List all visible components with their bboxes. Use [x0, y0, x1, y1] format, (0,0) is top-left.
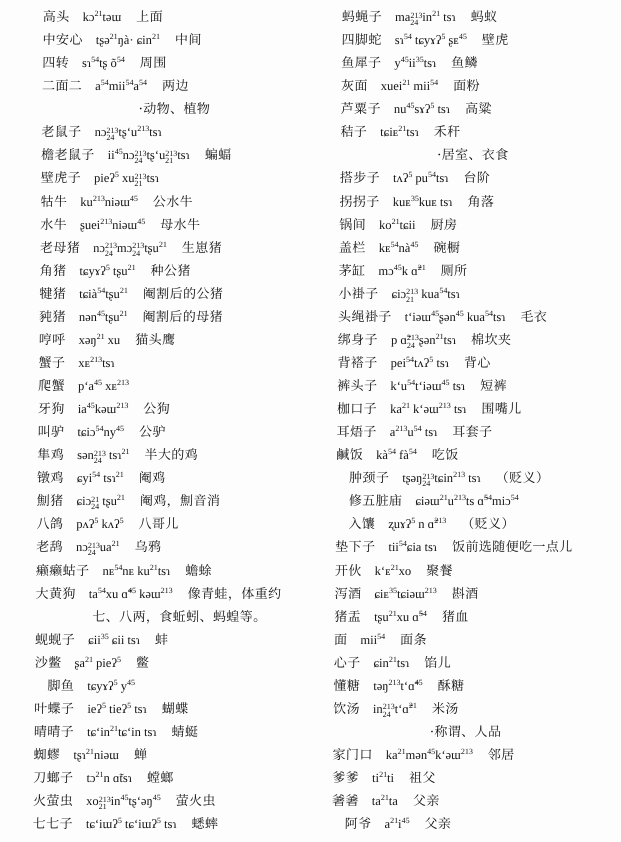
phonetic: ʂa21 pieʔ5: [74, 656, 121, 670]
phonetic: ieʔ5 tieʔ5 tsɿ: [87, 702, 147, 716]
headword: 入馕: [348, 517, 375, 532]
headword: 懂糖: [333, 678, 360, 693]
entry-row: 蚬蚬子ɕii35 ɕii tsɿ蚌: [35, 629, 325, 652]
entry-row: 开伙kʻᴇ21xo聚餐: [335, 559, 621, 582]
entry-row: 犍猪tɕià54tʂu21阉割后的公猪: [39, 283, 329, 306]
headword: 叶蝶子: [34, 702, 74, 717]
phonetic: kʻu54tʻiəɯ45 tsɿ: [390, 379, 465, 393]
entry-row: 鱼犀子y45ii35tsɿ鱼鳞: [341, 52, 621, 75]
phonetic: ta54xu ɑ̃45 kəɯ213: [89, 587, 173, 601]
headword: 家门口: [332, 748, 372, 763]
gloss: 邻居: [488, 748, 515, 763]
entry-row: 耳焐子a213u54 tsɿ耳套子: [336, 421, 621, 444]
headword: 泻酒: [335, 586, 362, 601]
headword: 鱼犀子: [341, 56, 381, 71]
phonetic: tɕʻin21tɕʻin tsɿ: [87, 725, 157, 739]
right-column: 蚂蝇子ma21324in21 tsɿ蚂蚁 四脚蛇sɿ54 tɕyɤʔ5 ʂᴇ45…: [332, 6, 621, 836]
headword: 水牛: [40, 218, 67, 233]
gloss: 父亲: [413, 794, 440, 809]
entry-row: 修五脏庙ɕiəɯ21u213ts ɑ̃54miɔ54: [336, 490, 621, 513]
phonetic: tɕiᴇ21tsɿ: [380, 125, 419, 139]
headword: 盖栏: [339, 240, 366, 255]
entry-row: 枷口子ka21 kʻəɯ213 tsɿ围嘴儿: [337, 398, 621, 421]
gloss: 公驴: [139, 425, 166, 440]
gloss: 祖父: [409, 771, 436, 786]
headword: 面: [334, 632, 348, 647]
phonetic: p ɑ̃21324ʂən21tsɿ: [391, 332, 456, 346]
headword: 癞癞蛄子: [36, 564, 90, 579]
phonetic: ii45nɔ21324tʂʻu21321tsɿ: [108, 148, 190, 162]
phonetic: tʂəŋ21324tɕin213 tsɿ: [402, 471, 481, 485]
entry-row: 肿颈子tʂəŋ21324tɕin213 tsɿ（贬义）: [336, 467, 621, 490]
headword: 二面二: [42, 79, 82, 94]
headword: 蚂蝇子: [342, 10, 382, 25]
gloss: 父亲: [424, 817, 451, 832]
entry-row: 饮汤in21324tʻɑ̃21米汤: [333, 697, 621, 720]
headword: 火萤虫: [33, 794, 73, 809]
gloss: 母水牛: [160, 218, 200, 233]
phonetic: ka21mən45kʻəɯ213: [386, 748, 473, 762]
gloss: 螳螂: [147, 771, 174, 786]
phonetic: a54mii54a54: [95, 79, 147, 93]
gloss: 厨房: [430, 217, 457, 232]
headword: 头绳褂子: [338, 309, 392, 324]
gloss: 阉鸡，劁音消: [140, 494, 221, 509]
entry-row: 心子ɕin21tsɿ馅儿: [334, 651, 621, 674]
entry-row: 爹爹ti21ti祖父: [332, 767, 621, 790]
headword: 枷口子: [337, 402, 377, 417]
headword: 刀螂子: [33, 771, 73, 786]
headword: 猪盂: [334, 609, 361, 624]
entry-row: 家门口ka21mən45kʻəɯ213邻居: [332, 744, 621, 767]
phonetic: kà54 fà54: [376, 448, 417, 462]
phonetic: tɔ21n ɑ̃tsɿ: [86, 771, 132, 785]
entry-row: 牯牛ku213niəɯ45公水牛: [40, 191, 330, 214]
gloss: 两边: [162, 79, 189, 94]
headword: 牯牛: [40, 195, 67, 210]
entry-row: 水牛ʂuei213niəɯ45母水牛: [40, 214, 330, 237]
entry-row: 大黄狗ta54xu ɑ̃45 kəɯ213像青蛙，体重约: [35, 583, 325, 606]
gloss: 像青蛙，体重约: [188, 587, 282, 602]
gloss: 毛衣: [520, 309, 547, 324]
phonetic: tii54ɕia tsɿ: [388, 540, 437, 554]
phonetic: pʌʔ5 kʌʔ5: [76, 517, 123, 531]
entry-row: 隼鸡sən21324 tsɿ21半大的鸡: [37, 444, 327, 467]
headword: 镦鸡: [37, 471, 64, 486]
gloss: 鱼鳞: [451, 56, 478, 71]
gloss: 吃饭: [432, 448, 459, 463]
gloss: 斟酒: [452, 586, 479, 601]
headword: 老鼠子: [41, 125, 81, 140]
headword: 爬蟹: [38, 379, 65, 394]
phonetic: mɔ45k ɑ̃21: [378, 263, 425, 277]
section-heading: ·动物、植物: [42, 98, 332, 121]
phonetic: sən21324 tsɿ21: [77, 448, 129, 462]
gloss: 上面: [136, 10, 163, 25]
entry-row: 小褂子ɕiɔ21321 kua54tsɿ: [338, 282, 621, 305]
headword: 耳焐子: [337, 425, 377, 440]
entry-row: 蜘蟉tʂɿ21niəɯ蝉: [33, 744, 323, 767]
entry-row: 刀螂子tɔ21n ɑ̃tsɿ螳螂: [33, 767, 323, 790]
headword: 饮汤: [333, 701, 360, 716]
headword: 四转: [42, 56, 69, 71]
headword: 蚬蚬子: [35, 633, 75, 648]
entry-row: 猪盂tʂu21xu ɑ̃54猪血: [334, 605, 621, 628]
headword: 晴晴子: [34, 725, 74, 740]
entry-row: 牙狗ia45kəɯ213公狗: [38, 398, 328, 421]
gloss: 耳套子: [452, 425, 492, 440]
entry-row: 中安心tʂə21ŋà· ɕin21中间: [42, 29, 332, 52]
entry-row: 蚂蝇子ma21324in21 tsɿ蚂蚁: [342, 6, 621, 29]
phonetic: xo21321in45tʂʻəŋ45: [86, 794, 161, 808]
gloss: 阉鸡: [139, 471, 166, 486]
entry-row: 八鸽pʌʔ5 kʌʔ5八哥儿: [36, 513, 326, 536]
phonetic: nᴇ54nᴇ ku21tsɿ: [102, 564, 170, 578]
phonetic: xᴇ213tsɿ: [78, 356, 114, 370]
phonetic: nɔ21324tʂʻu213tsɿ: [95, 125, 162, 139]
headword: 开伙: [335, 563, 362, 578]
gloss: 蜻蜓: [171, 725, 198, 740]
entry-row: 懂糖təŋ213tʻɑ̃45酥糖: [333, 674, 621, 697]
headword: 茅缸: [339, 263, 366, 278]
entry-row: 鹹饭kà54 fà54吃饭: [336, 444, 621, 467]
entry-row: 茅缸mɔ45k ɑ̃21厕所: [339, 259, 621, 282]
gloss: 围嘴儿: [481, 402, 521, 417]
headword: 大黄狗: [36, 587, 76, 602]
phonetic: nɔ21324ua21: [76, 540, 120, 554]
gloss: 萤火虫: [176, 794, 216, 809]
phonetic: ɕiᴇ35tɕiəɯ213: [374, 586, 437, 600]
headword: 阿爷: [345, 817, 372, 832]
headword: 蟹子: [38, 356, 65, 371]
headword: 芦粟子: [341, 102, 381, 117]
headword: 心子: [334, 655, 361, 670]
phonetic: ʐuɤʔ5 n ɑ̃213: [388, 517, 446, 531]
left-column: 高头kɔ21təɯ上面 中安心tʂə21ŋà· ɕin21中间 四转sɿ54tʂ…: [33, 6, 333, 836]
gloss: 八哥儿: [138, 517, 178, 532]
gloss: 角落: [467, 194, 494, 209]
phonetic: nɔ21324mɔ21324tʂu21: [93, 241, 167, 255]
gloss: 公水牛: [153, 195, 193, 210]
phonetic: ka21 kʻəɯ213 tsɿ: [390, 402, 466, 416]
gloss: 馅儿: [424, 655, 451, 670]
entry-row: 拐拐子kuᴇ35kuᴇ tsɿ角落: [339, 190, 621, 213]
phonetic: ma21324in21 tsɿ: [395, 10, 456, 24]
headword: 檐老鼠子: [41, 148, 95, 163]
gloss: 蝙蝠: [205, 148, 232, 163]
entry-row: 灰面xuei21 mii54面粉: [341, 75, 621, 98]
phonetic: y45ii35tsɿ: [394, 56, 436, 70]
headword: 拐拐子: [339, 194, 379, 209]
entry-row: 面mii54面条: [334, 628, 621, 651]
gloss: 厕所: [441, 263, 468, 278]
entry-row: 沙鳖ʂa21 pieʔ5鳖: [35, 652, 325, 675]
gloss: 阉割后的母猪: [142, 310, 223, 325]
gloss: 短裤: [480, 379, 507, 394]
headword: 秸子: [340, 125, 367, 140]
headword: 哼呼: [39, 333, 66, 348]
section-heading: ·居室、衣食: [340, 144, 621, 167]
entry-row: 哼呼xəŋ21 xu猫头鹰: [39, 329, 329, 352]
headword: 背褡子: [337, 355, 377, 370]
gloss: 阉割后的公猪: [143, 287, 224, 302]
gloss: 面条: [400, 632, 427, 647]
gloss: 饭前选随便吃一点儿: [452, 540, 573, 555]
entry-row: 头绳褂子tʻiəɯ45ʂən45 kua54tsɿ毛衣: [338, 305, 621, 328]
phonetic: xəŋ21 xu: [79, 333, 121, 347]
gloss: 中间: [175, 33, 202, 48]
headword: 鹹饭: [336, 448, 363, 463]
headword: 绑身子: [338, 332, 378, 347]
entry-row: 泻酒ɕiᴇ35tɕiəɯ213斟酒: [334, 582, 621, 605]
headword: 壁虎子: [41, 171, 81, 186]
entry-row: 阿爷a21i45父亲: [332, 813, 621, 836]
entry-row: 癞癞蛄子nᴇ54nᴇ ku21tsɿ蟾蜍: [36, 560, 326, 583]
phonetic: pei54tʌʔ5 tsɿ: [391, 355, 449, 369]
gloss: 猫头鹰: [135, 333, 175, 348]
gloss-continuation: 七、八两，食蚯蚓、蚂蝗等。: [35, 606, 325, 629]
headword: 豘猪: [39, 310, 66, 325]
phonetic: tʂu21xu ɑ̃54: [374, 609, 427, 623]
gloss: 酥糖: [438, 678, 465, 693]
gloss: 生崽猪: [182, 241, 222, 256]
phonetic: tʌʔ5 pu54tsɿ: [393, 171, 449, 185]
headword: 修五脏庙: [349, 494, 403, 509]
entry-row: 镦鸡ɕyi54 tsɿ21阉鸡: [37, 467, 327, 490]
phonetic: xuei21 mii54: [381, 79, 439, 93]
entry-row: 高头kɔ21təɯ上面: [43, 6, 333, 29]
entry-row: 㸙㸙ta21ta父亲: [332, 790, 621, 813]
entry-row: 秸子tɕiᴇ21tsɿ禾秆: [340, 121, 621, 144]
headword: 劁猪: [37, 494, 64, 509]
gloss: 蚂蚁: [471, 10, 498, 25]
entry-row: 檐老鼠子ii45nɔ21324tʂʻu21321tsɿ蝙蝠: [41, 144, 331, 167]
gloss: 半大的鸡: [144, 448, 198, 463]
phonetic: a213u54 tsɿ: [390, 425, 438, 439]
gloss: 蚌: [155, 633, 169, 648]
entry-row: 晴晴子tɕʻin21tɕʻin tsɿ蜻蜓: [34, 721, 324, 744]
entry-row: 角猪tɕyɤʔ5 tʂu21种公猪: [40, 260, 330, 283]
entry-row: 锅间ko21tɕii厨房: [339, 213, 621, 236]
phonetic: tɕʻiɯʔ5 tɕʻiɯʔ5 tsɿ: [86, 817, 177, 831]
headword: 㸙㸙: [332, 794, 359, 809]
headword: 老鸹: [36, 540, 63, 555]
headword: 垫下子: [335, 540, 375, 555]
phonetic: ɕin21tsɿ: [373, 655, 409, 669]
entry-row: 老鼠子nɔ21324tʂʻu213tsɿ: [41, 121, 331, 144]
phonetic: sɿ54 tɕyɤʔ5 ʂᴇ45: [395, 33, 467, 47]
entry-row: 豘猪nən45tʂu21阉割后的母猪: [39, 306, 329, 329]
entry-row: 叶蝶子ieʔ5 tieʔ5 tsɿ蝴蝶: [34, 698, 324, 721]
gloss: 面粉: [453, 79, 480, 94]
headword: 爹爹: [332, 771, 359, 786]
headword: 蜘蟉: [33, 748, 60, 763]
phonetic: ko21tɕii: [379, 217, 416, 231]
gloss: 周围: [140, 56, 167, 71]
gloss: 棉坎夹: [471, 332, 511, 347]
headword: 叫驴: [38, 425, 65, 440]
entry-row: 壁虎子pieʔ5 xu21321tsɿ: [41, 167, 331, 190]
gloss: 乌鸦: [135, 540, 162, 555]
phonetic: sɿ54tʂ õ54: [82, 56, 125, 70]
entry-row: 搭步子tʌʔ5 pu54tsɿ台阶: [340, 167, 621, 190]
phonetic: ʂuei213niəɯ45: [80, 218, 145, 232]
phonetic: ku213niəɯ45: [80, 195, 138, 209]
phonetic: ɕiɔ21321 kua54tsɿ: [391, 286, 459, 300]
entry-row: 入馕ʐuɤʔ5 n ɑ̃213（贬义）: [335, 513, 621, 536]
entry-row: 劁猪ɕiɔ2124 tʂu21阉鸡，劁音消: [37, 490, 327, 513]
gloss: （贬义）: [461, 517, 515, 532]
phonetic: təŋ213tʻɑ̃45: [373, 678, 423, 692]
entry-row: 芦粟子nu45sɤʔ5 tsɿ高粱: [341, 98, 621, 121]
entry-row: 脚鱼tɕyɤʔ5 y45: [34, 675, 324, 698]
entry-row: 垫下子tii54ɕia tsɿ饭前选随便吃一点儿: [335, 536, 621, 559]
headword: 四脚蛇: [341, 33, 381, 48]
headword: 搭步子: [340, 171, 380, 186]
entry-row: 二面二a54mii54a54两边: [42, 75, 332, 98]
entry-row: 叫驴tɕiɔ54ny45公驴: [37, 421, 327, 444]
entry-row: 爬蟹pʻa45 xᴇ213: [38, 375, 328, 398]
headword: 犍猪: [39, 287, 66, 302]
gloss: 禾秆: [434, 125, 461, 140]
phonetic: mii54: [360, 632, 385, 646]
gloss: 猪血: [442, 609, 469, 624]
entry-row: 盖栏kᴇ54nà45碗橱: [339, 236, 621, 259]
gloss: 蟋蟀: [191, 817, 218, 832]
phonetic: in21324tʻɑ̃21: [373, 701, 417, 715]
phonetic: tʻiəɯ45ʂən45 kua54tsɿ: [405, 309, 506, 323]
phonetic: kuᴇ35kuᴇ tsɿ: [393, 194, 453, 208]
phonetic: kᴇ54nà45: [379, 240, 419, 254]
section-heading: ·称谓、人品: [333, 720, 621, 743]
gloss: 聚餐: [426, 563, 453, 578]
headword: 锅间: [339, 217, 366, 232]
headword: 小褂子: [338, 286, 378, 301]
entry-row: 老鸹nɔ21324ua21乌鸦: [36, 536, 326, 559]
entry-row: 裤头子kʻu54tʻiəɯ45 tsɿ短裤: [337, 375, 621, 398]
phonetic: tɕiɔ54ny45: [77, 425, 124, 439]
entry-row: 背褡子pei54tʌʔ5 tsɿ背心: [337, 351, 621, 374]
gloss: 公狗: [143, 402, 170, 417]
headword: 牙狗: [38, 402, 65, 417]
phonetic: ia45kəɯ213: [78, 402, 129, 416]
entry-row: 老母猪nɔ21324mɔ21324tʂu21生崽猪: [40, 237, 330, 260]
headword: 脚鱼: [47, 679, 74, 694]
phonetic: ɕyi54 tsɿ21: [77, 471, 124, 485]
gloss: 种公猪: [150, 264, 190, 279]
gloss: （贬义）: [496, 471, 550, 486]
headword: 裤头子: [337, 379, 377, 394]
phonetic: ɕii35 ɕii tsɿ: [88, 633, 140, 647]
phonetic: a21i45: [384, 817, 409, 831]
headword: 高头: [43, 10, 70, 25]
gloss: 蟾蜍: [185, 564, 212, 579]
phonetic: kɔ21təɯ: [83, 10, 122, 24]
phonetic: ti21ti: [372, 771, 394, 785]
phonetic: ta21ta: [372, 794, 398, 808]
entry-row: 四脚蛇sɿ54 tɕyɤʔ5 ʂᴇ45壁虎: [341, 29, 621, 52]
headword: 沙鳖: [35, 656, 62, 671]
headword: 肿颈子: [349, 471, 389, 486]
entry-row: 四转sɿ54tʂ õ54周围: [42, 52, 332, 75]
entry-row: 蟹子xᴇ213tsɿ: [38, 352, 328, 375]
phonetic: kʻᴇ21xo: [375, 563, 412, 577]
headword: 灰面: [341, 79, 368, 94]
dictionary-page: 高头kɔ21təɯ上面 中安心tʂə21ŋà· ɕin21中间 四转sɿ54tʂ…: [0, 0, 621, 842]
gloss: 壁虎: [482, 33, 509, 48]
gloss: 背心: [464, 355, 491, 370]
headword: 角猪: [40, 264, 67, 279]
headword: 隼鸡: [37, 448, 64, 463]
phonetic: pʻa45 xᴇ213: [78, 379, 129, 393]
gloss: 高粱: [465, 102, 492, 117]
headword: 八鸽: [36, 517, 63, 532]
gloss: 米汤: [432, 701, 459, 716]
phonetic: pieʔ5 xu21321tsɿ: [94, 171, 159, 185]
gloss: 蝴蝶: [162, 702, 189, 717]
headword: 七七子: [33, 817, 73, 832]
phonetic: tɕyɤʔ5 y45: [87, 679, 135, 693]
phonetic: nu45sɤʔ5 tsɿ: [394, 102, 450, 116]
phonetic: nən45tʂu21: [79, 310, 128, 324]
entry-row: 七七子tɕʻiɯʔ5 tɕʻiɯʔ5 tsɿ蟋蟀: [33, 813, 323, 836]
gloss: 台阶: [463, 171, 490, 186]
phonetic: tɕià54tʂu21: [79, 287, 128, 301]
phonetic: ɕiɔ2124 tʂu21: [76, 494, 124, 508]
phonetic: ɕiəɯ21u213ts ɑ̃54miɔ54: [415, 494, 518, 508]
headword: 中安心: [42, 33, 82, 48]
phonetic: tʂɿ21niəɯ: [73, 748, 119, 762]
gloss: 鳖: [136, 656, 150, 671]
gloss: 碗橱: [433, 240, 460, 255]
entry-row: 火萤虫xo21321in45tʂʻəŋ45萤火虫: [33, 790, 323, 813]
entry-row: 绑身子p ɑ̃21324ʂən21tsɿ棉坎夹: [338, 328, 621, 351]
headword: 老母猪: [40, 241, 80, 256]
phonetic: tʂə21ŋà· ɕin21: [96, 33, 160, 47]
gloss: 蝉: [134, 748, 148, 763]
phonetic: tɕyɤʔ5 tʂu21: [79, 264, 135, 278]
